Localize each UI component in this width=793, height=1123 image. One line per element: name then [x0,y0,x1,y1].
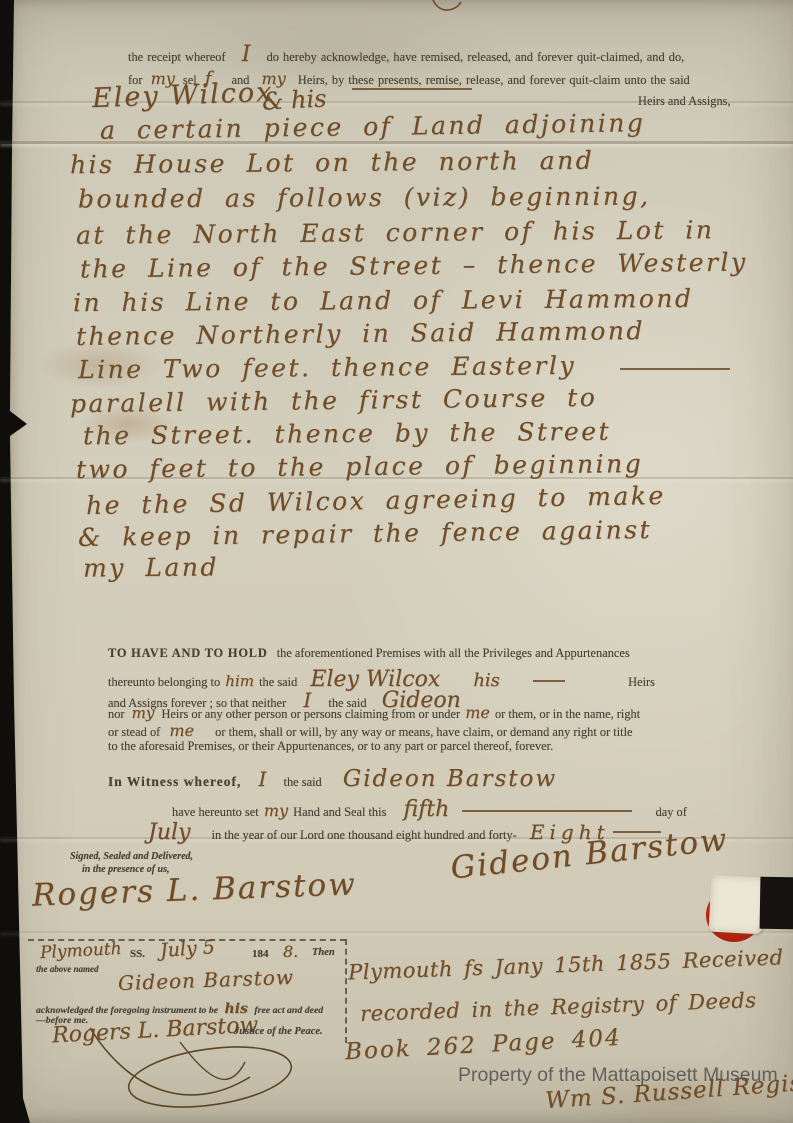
handwritten-my: my [264,801,288,820]
seal-paper-wafer [709,875,766,935]
printed-text: nor [108,707,125,721]
handwritten-body-line: thence Northerly in Said Hammond [76,316,645,351]
printed-then: Then [312,947,335,958]
handwritten-dash [462,810,632,812]
printed-text: Hand and Seal this [293,805,386,819]
printed-habendum-line: to the aforesaid Premises, or their Appu… [108,739,553,754]
printed-witness-line: In Witness whereof, I the said Gideon Ba… [108,766,557,792]
printed-text: do hereby acknowledge, have remised, rel… [267,50,685,64]
printed-habendum-line: nor my Heirs or any other person or pers… [108,703,640,722]
printed-text: day of [656,805,687,819]
museum-watermark: Property of the Mattapoisett Museum [458,1064,778,1087]
printed-heirs-assigns: Heirs and Assigns, [638,94,731,109]
handwritten-day: fifth [404,797,450,822]
handwritten-I: I [259,767,267,791]
handwritten-grantor-name: Gideon Barstow [343,766,557,792]
handwritten-his: his [473,670,500,691]
handwritten-dash [620,368,730,370]
printed-text: have hereunto set [172,805,259,819]
printed-text: the said [259,675,297,689]
handwritten-me: me [169,721,194,740]
printed-text: Heirs, by these presents, remise, releas… [298,73,690,87]
handwritten-body-line: his House Lot on the north and [70,146,594,180]
printed-habendum-line: or stead of me or them, shall or will, b… [108,721,633,740]
photograph-of-deed: { "watermark": { "text": "Property of th… [0,0,793,1123]
handwritten-body-line: the Street. thence by the Street [83,417,611,451]
printed-text: thereunto belonging to [108,675,220,689]
printed-line: the receipt whereof I do hereby acknowle… [128,42,684,67]
printed-text: or stead of [108,725,160,739]
handwritten-me: me [465,703,490,722]
printed-184: 184 [252,948,269,960]
printed-to-have-and-to-hold: TO HAVE AND TO HOLD [108,646,268,660]
printed-in-witness-whereof: In Witness whereof, [108,774,241,789]
printed-text: the aforementioned Premises with all the… [277,646,630,660]
handwritten-grantee-his: & his [261,84,327,115]
handwritten-body-line: two feet to the place of beginning [76,449,643,484]
printed-text: the said [284,775,322,789]
handwritten-dash [533,680,565,682]
handwritten-my: my [132,704,155,722]
printed-text: in the year of our Lord one thousand eig… [212,828,517,842]
handwritten-month: July [148,820,190,845]
fold-crease [0,931,793,933]
printed-ss: SS. [130,948,145,960]
handwritten-grantee-name: Eley Wilcox [92,77,274,114]
handwritten-body-line: in his Line to Land of Levi Hammond [73,284,694,317]
handwritten-body-line: bounded as follows (viz) beginning, [78,182,651,214]
printed-text: the receipt whereof [128,50,226,64]
signature-flourish [60,1022,360,1122]
printed-signed-sealed: Signed, Sealed and Delivered, [70,851,193,862]
handwritten-I: I [242,42,251,67]
cropped-pen-stroke [430,0,464,16]
handwritten-year-digit: 8. [283,942,298,961]
printed-execution-line: have hereunto set my Hand and Seal this … [172,797,687,822]
handwritten-ack-date: July 5 [159,936,215,962]
handwritten-body-line: Line Two feet. thence Easterly [78,351,576,384]
printed-text: or them, or in the name, right [495,707,640,721]
handwritten-county: Plymouth [40,939,123,963]
handwritten-dash [352,88,472,90]
printed-text: Heirs [628,675,655,689]
torn-edge-hole [760,877,793,930]
handwritten-body-line: at the North East corner of his Lot in [76,215,715,250]
printed-text: or them, shall or will, by any way or me… [215,725,632,739]
handwritten-body-line: my Land [83,552,219,582]
printed-text: free act and deed [254,1005,323,1016]
printed-habendum-line: TO HAVE AND TO HOLD the aforementioned P… [108,646,630,661]
printed-text: Heirs or any other person or persons cla… [161,707,460,721]
printed-above-named: the above named [36,964,99,974]
